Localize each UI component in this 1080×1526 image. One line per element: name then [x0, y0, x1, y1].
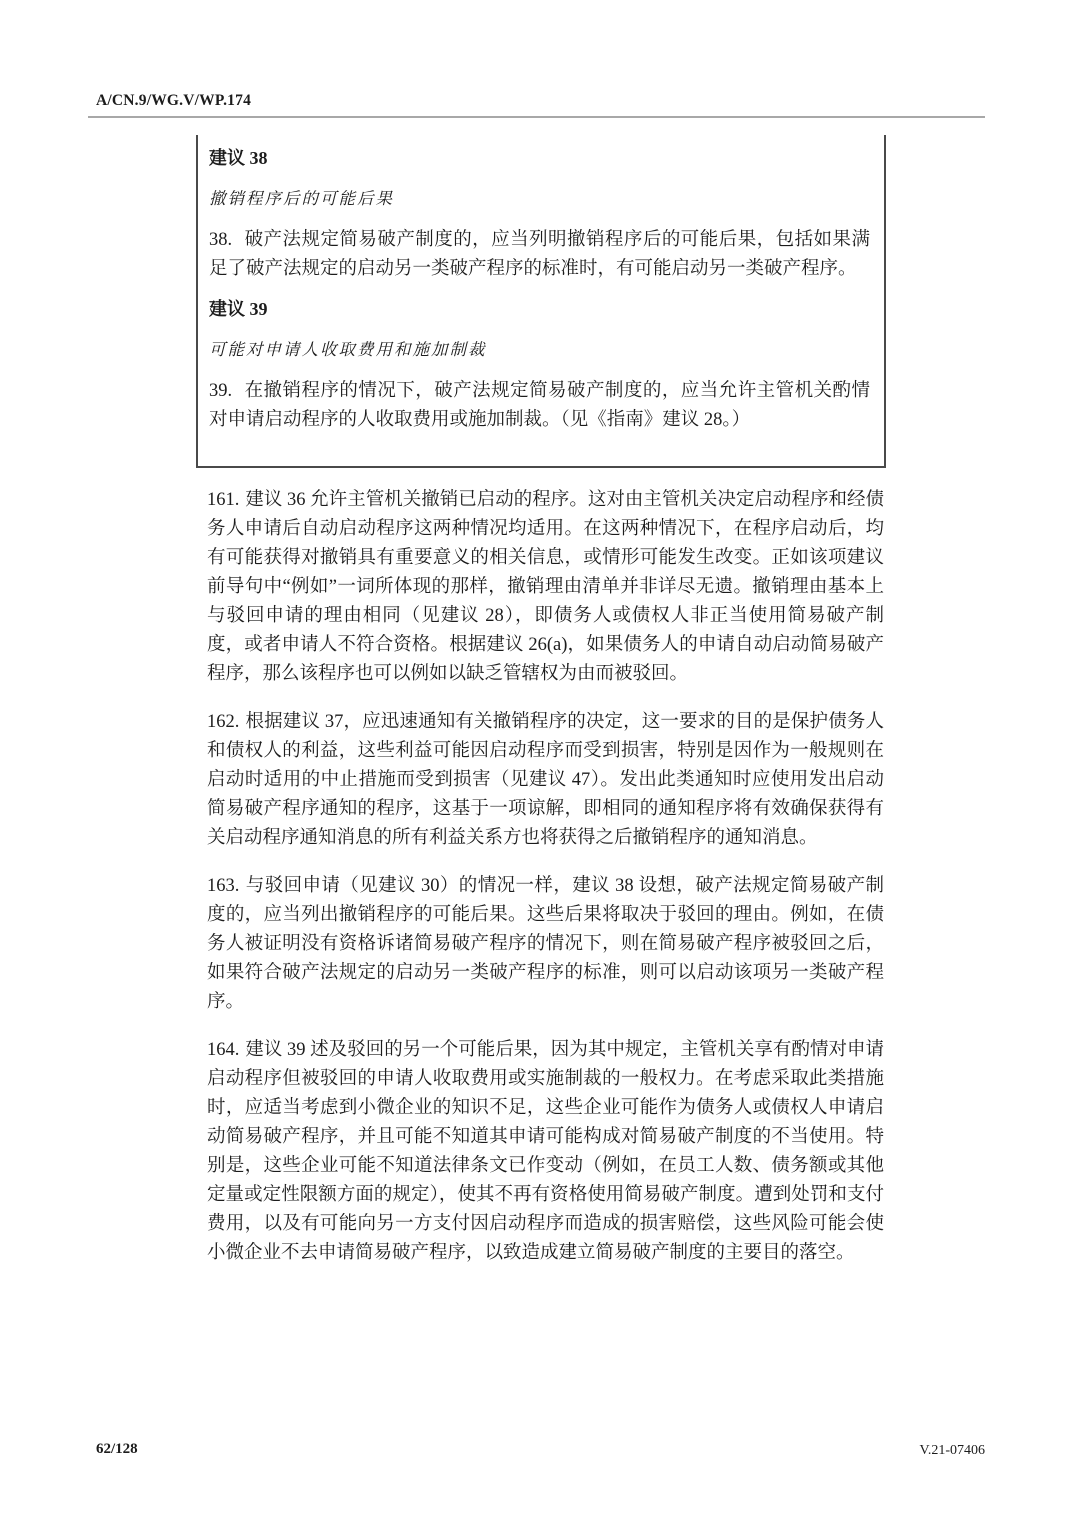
recommendation-38-body: 破产法规定简易破产制度的，应当列明撤销程序后的可能后果，包括如果满足了破产法规定… [209, 230, 870, 279]
recommendation-39-subtitle: 可能对申请人收取费用和施加制裁 [209, 341, 870, 359]
footer-page-number: 62/128 [96, 1441, 138, 1458]
paragraph-161-number: 161. [207, 490, 239, 510]
recommendation-38-heading: 建议 38 [209, 148, 870, 168]
paragraph-161: 161.建议 36 允许主管机关撤销已启动的程序。这对由主管机关决定启动程序和经… [207, 486, 884, 689]
recommendation-39-text: 39.在撤销程序的情况下，破产法规定简易破产制度的，应当允许主管机关酌情对申请启… [209, 377, 870, 435]
doc-symbol: A/CN.9/WG.V/WP.174 [96, 92, 251, 110]
paragraph-163: 163.与驳回申请（见建议 30）的情况一样，建议 38 设想，破产法规定简易破… [207, 872, 884, 1017]
recommendation-38-subtitle: 撤销程序后的可能后果 [209, 190, 870, 208]
paragraph-164-text: 建议 39 述及驳回的另一个可能后果，因为其中规定，主管机关享有酌情对申请启动程… [207, 1040, 884, 1263]
body-text: 161.建议 36 允许主管机关撤销已启动的程序。这对由主管机关决定启动程序和经… [207, 486, 884, 1287]
header-rule [88, 116, 985, 118]
paragraph-162-text: 根据建议 37，应迅速通知有关撤销程序的决定，这一要求的目的是保护债务人和债权人… [207, 712, 884, 848]
recommendation-39-number: 39. [209, 381, 232, 401]
paragraph-161-text: 建议 36 允许主管机关撤销已启动的程序。这对由主管机关决定启动程序和经债务人申… [207, 490, 884, 684]
recommendation-box: 建议 38 撤销程序后的可能后果 38.破产法规定简易破产制度的，应当列明撤销程… [196, 135, 886, 468]
paragraph-162: 162.根据建议 37，应迅速通知有关撤销程序的决定，这一要求的目的是保护债务人… [207, 708, 884, 853]
footer-job-number: V.21-07406 [920, 1443, 985, 1459]
paragraph-163-text: 与驳回申请（见建议 30）的情况一样，建议 38 设想，破产法规定简易破产制度的… [207, 876, 884, 1012]
recommendation-39-heading: 建议 39 [209, 299, 870, 319]
recommendation-38-text: 38.破产法规定简易破产制度的，应当列明撤销程序后的可能后果，包括如果满足了破产… [209, 226, 870, 284]
recommendation-38-number: 38. [209, 230, 232, 250]
recommendation-39-body: 在撤销程序的情况下，破产法规定简易破产制度的，应当允许主管机关酌情对申请启动程序… [209, 381, 870, 430]
paragraph-164-number: 164. [207, 1040, 239, 1060]
paragraph-164: 164.建议 39 述及驳回的另一个可能后果，因为其中规定，主管机关享有酌情对申… [207, 1036, 884, 1268]
paragraph-162-number: 162. [207, 712, 239, 732]
paragraph-163-number: 163. [207, 876, 239, 896]
document-page: A/CN.9/WG.V/WP.174 建议 38 撤销程序后的可能后果 38.破… [0, 0, 1080, 1526]
